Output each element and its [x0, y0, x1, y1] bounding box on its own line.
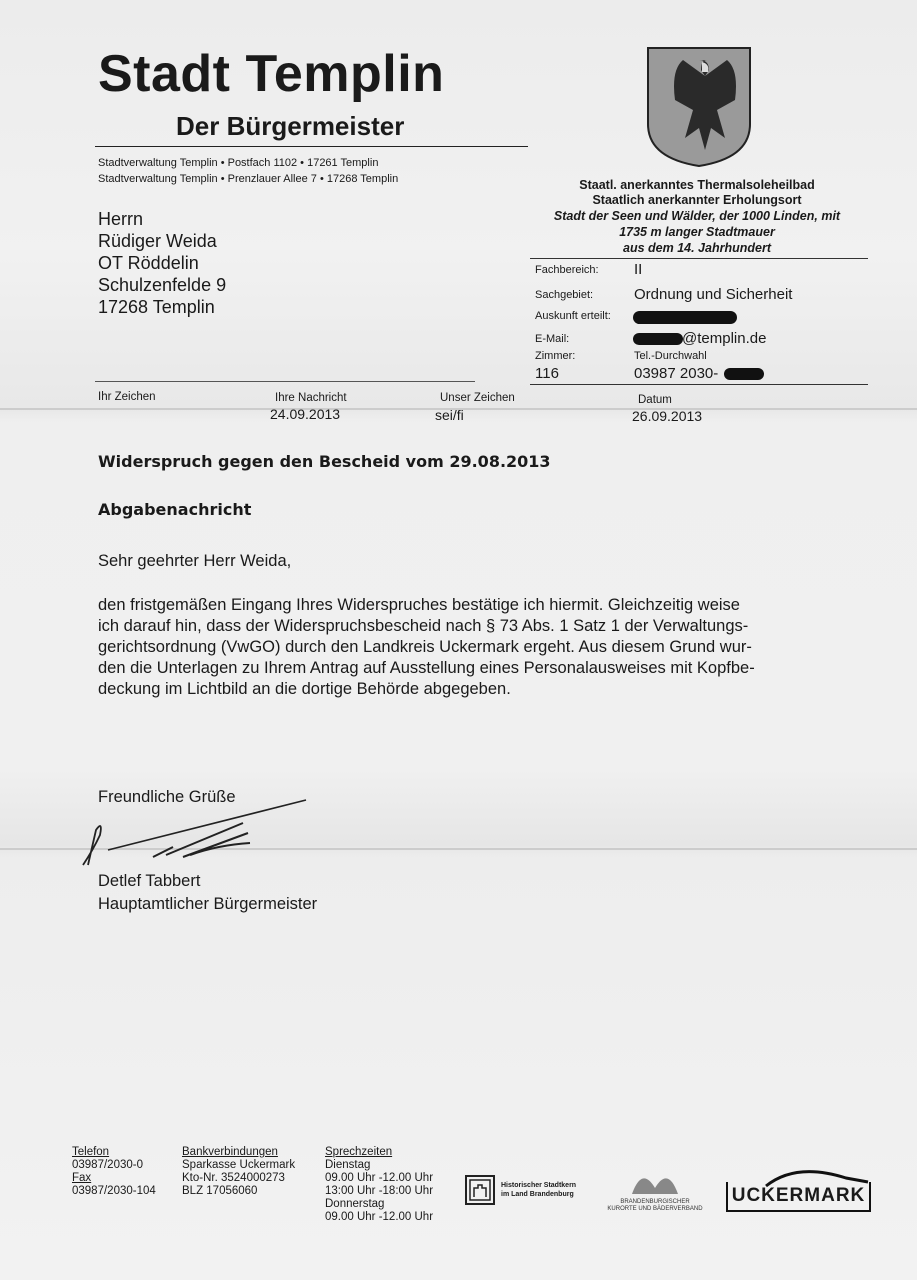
footer-bank: Bankverbindungen Sparkasse Uckermark Kto… [182, 1146, 295, 1198]
sender-line: Stadtverwaltung Templin • Prenzlauer All… [98, 174, 398, 185]
telefon-value: 03987/2030-0 [72, 1159, 143, 1171]
body-line: gerichtsordnung (VwGO) durch den Landkre… [98, 637, 868, 658]
town-gate-icon [465, 1175, 495, 1205]
letterhead-title: Stadt Templin [98, 48, 444, 100]
hours-line: Donnerstag [325, 1198, 384, 1210]
divider [95, 146, 528, 147]
unser-zeichen-label: Unser Zeichen [440, 392, 515, 404]
body-line: ich darauf hin, dass der Widerspruchsbes… [98, 616, 868, 637]
footer-hours: Sprechzeiten Dienstag 09.00 Uhr -12.00 U… [325, 1146, 433, 1224]
bank-line: BLZ 17056060 [182, 1185, 257, 1197]
datum-value: 26.09.2013 [632, 408, 702, 424]
signer-name: Detlef Tabbert [98, 871, 200, 892]
logo-text: Historischer Stadtkern [501, 1181, 576, 1190]
tagline: Staatl. anerkanntes Thermalsoleheilbad [512, 178, 882, 193]
sachgebiet-value: Ordnung und Sicherheit [634, 286, 792, 303]
tagline: Stadt der Seen und Wälder, der 1000 Lind… [512, 209, 882, 224]
divider [530, 258, 868, 259]
datum-label: Datum [638, 394, 672, 406]
salutation: Sehr geehrter Herr Weida, [98, 551, 291, 572]
hours-line: 13:00 Uhr -18:00 Uhr [325, 1185, 433, 1197]
email-label: E-Mail: [535, 333, 569, 345]
zimmer-label: Zimmer: [535, 350, 575, 362]
ihre-nachricht-label: Ihre Nachricht [275, 392, 347, 404]
logo-kurorte: BRANDENBURGISCHER KURORTE UND BÄDERVERBA… [600, 1170, 710, 1213]
logo-historischer-stadtkern: Historischer Stadtkern im Land Brandenbu… [465, 1175, 576, 1205]
fax-value: 03987/2030-104 [72, 1185, 156, 1197]
bank-line: Kto-Nr. 3524000273 [182, 1172, 285, 1184]
recipient-line: OT Röddelin [98, 254, 199, 272]
ihre-nachricht-value: 24.09.2013 [270, 406, 340, 422]
sender-line: Stadtverwaltung Templin • Postfach 1102 … [98, 158, 378, 169]
body-line: deckung im Lichtbild an die dortige Behö… [98, 679, 868, 700]
divider [530, 384, 868, 385]
logo-text: UCKERMARK [726, 1182, 871, 1212]
redaction [633, 333, 683, 345]
tagline: 1735 m langer Stadtmauer [512, 225, 882, 240]
letter-type: Abgabenachricht [98, 500, 251, 519]
ihr-zeichen-label: Ihr Zeichen [98, 391, 156, 403]
tagline: aus dem 14. Jahrhundert [512, 241, 882, 256]
recipient-line: 17268 Templin [98, 298, 215, 316]
hours-label: Sprechzeiten [325, 1146, 392, 1158]
body-line: den fristgemäßen Eingang Ihres Widerspru… [98, 595, 868, 616]
fax-label: Fax [72, 1172, 91, 1184]
signer-title: Hauptamtlicher Bürgermeister [98, 894, 317, 915]
logo-text: BRANDENBURGISCHER [600, 1199, 710, 1206]
redaction [633, 311, 737, 324]
email-domain: @templin.de [682, 330, 766, 347]
logo-text: KURORTE UND BÄDERVERBAND [600, 1206, 710, 1213]
body-line: den die Unterlagen zu Ihrem Antrag auf A… [98, 658, 868, 679]
sachgebiet-label: Sachgebiet: [535, 289, 593, 301]
signature-icon [78, 795, 318, 870]
tagline: Staatlich anerkannter Erholungsort [512, 193, 882, 208]
recipient-line: Rüdiger Weida [98, 232, 217, 250]
footer-contact: Telefon 03987/2030-0 Fax 03987/2030-104 [72, 1146, 156, 1198]
hours-line: 09.00 Uhr -12.00 Uhr [325, 1172, 433, 1184]
divider [95, 381, 475, 382]
bank-line: Sparkasse Uckermark [182, 1159, 295, 1171]
durchwahl-value: 03987 2030- [634, 365, 718, 382]
body-paragraph: den fristgemäßen Eingang Ihres Widerspru… [98, 595, 868, 700]
durchwahl-label: Tel.-Durchwahl [634, 350, 707, 362]
fachbereich-label: Fachbereich: [535, 264, 599, 276]
auskunft-label: Auskunft erteilt: [535, 310, 611, 322]
recipient-line: Herrn [98, 210, 143, 228]
logo-text: im Land Brandenburg [501, 1190, 576, 1199]
subject-line: Widerspruch gegen den Bescheid vom 29.08… [98, 452, 551, 471]
mountain-icon [630, 1170, 680, 1194]
bank-label: Bankverbindungen [182, 1146, 278, 1158]
logo-uckermark: UCKERMARK [726, 1168, 871, 1214]
telefon-label: Telefon [72, 1146, 109, 1158]
zimmer-value: 116 [535, 365, 559, 382]
fachbereich-value: II [634, 261, 642, 278]
hours-line: Dienstag [325, 1159, 370, 1171]
letterhead-subtitle: Der Bürgermeister [176, 113, 404, 139]
redaction [724, 368, 764, 380]
recipient-line: Schulzenfelde 9 [98, 276, 226, 294]
coat-of-arms-icon [646, 46, 752, 168]
unser-zeichen-value: sei/fi [435, 407, 464, 423]
hours-line: 09.00 Uhr -12.00 Uhr [325, 1211, 433, 1223]
